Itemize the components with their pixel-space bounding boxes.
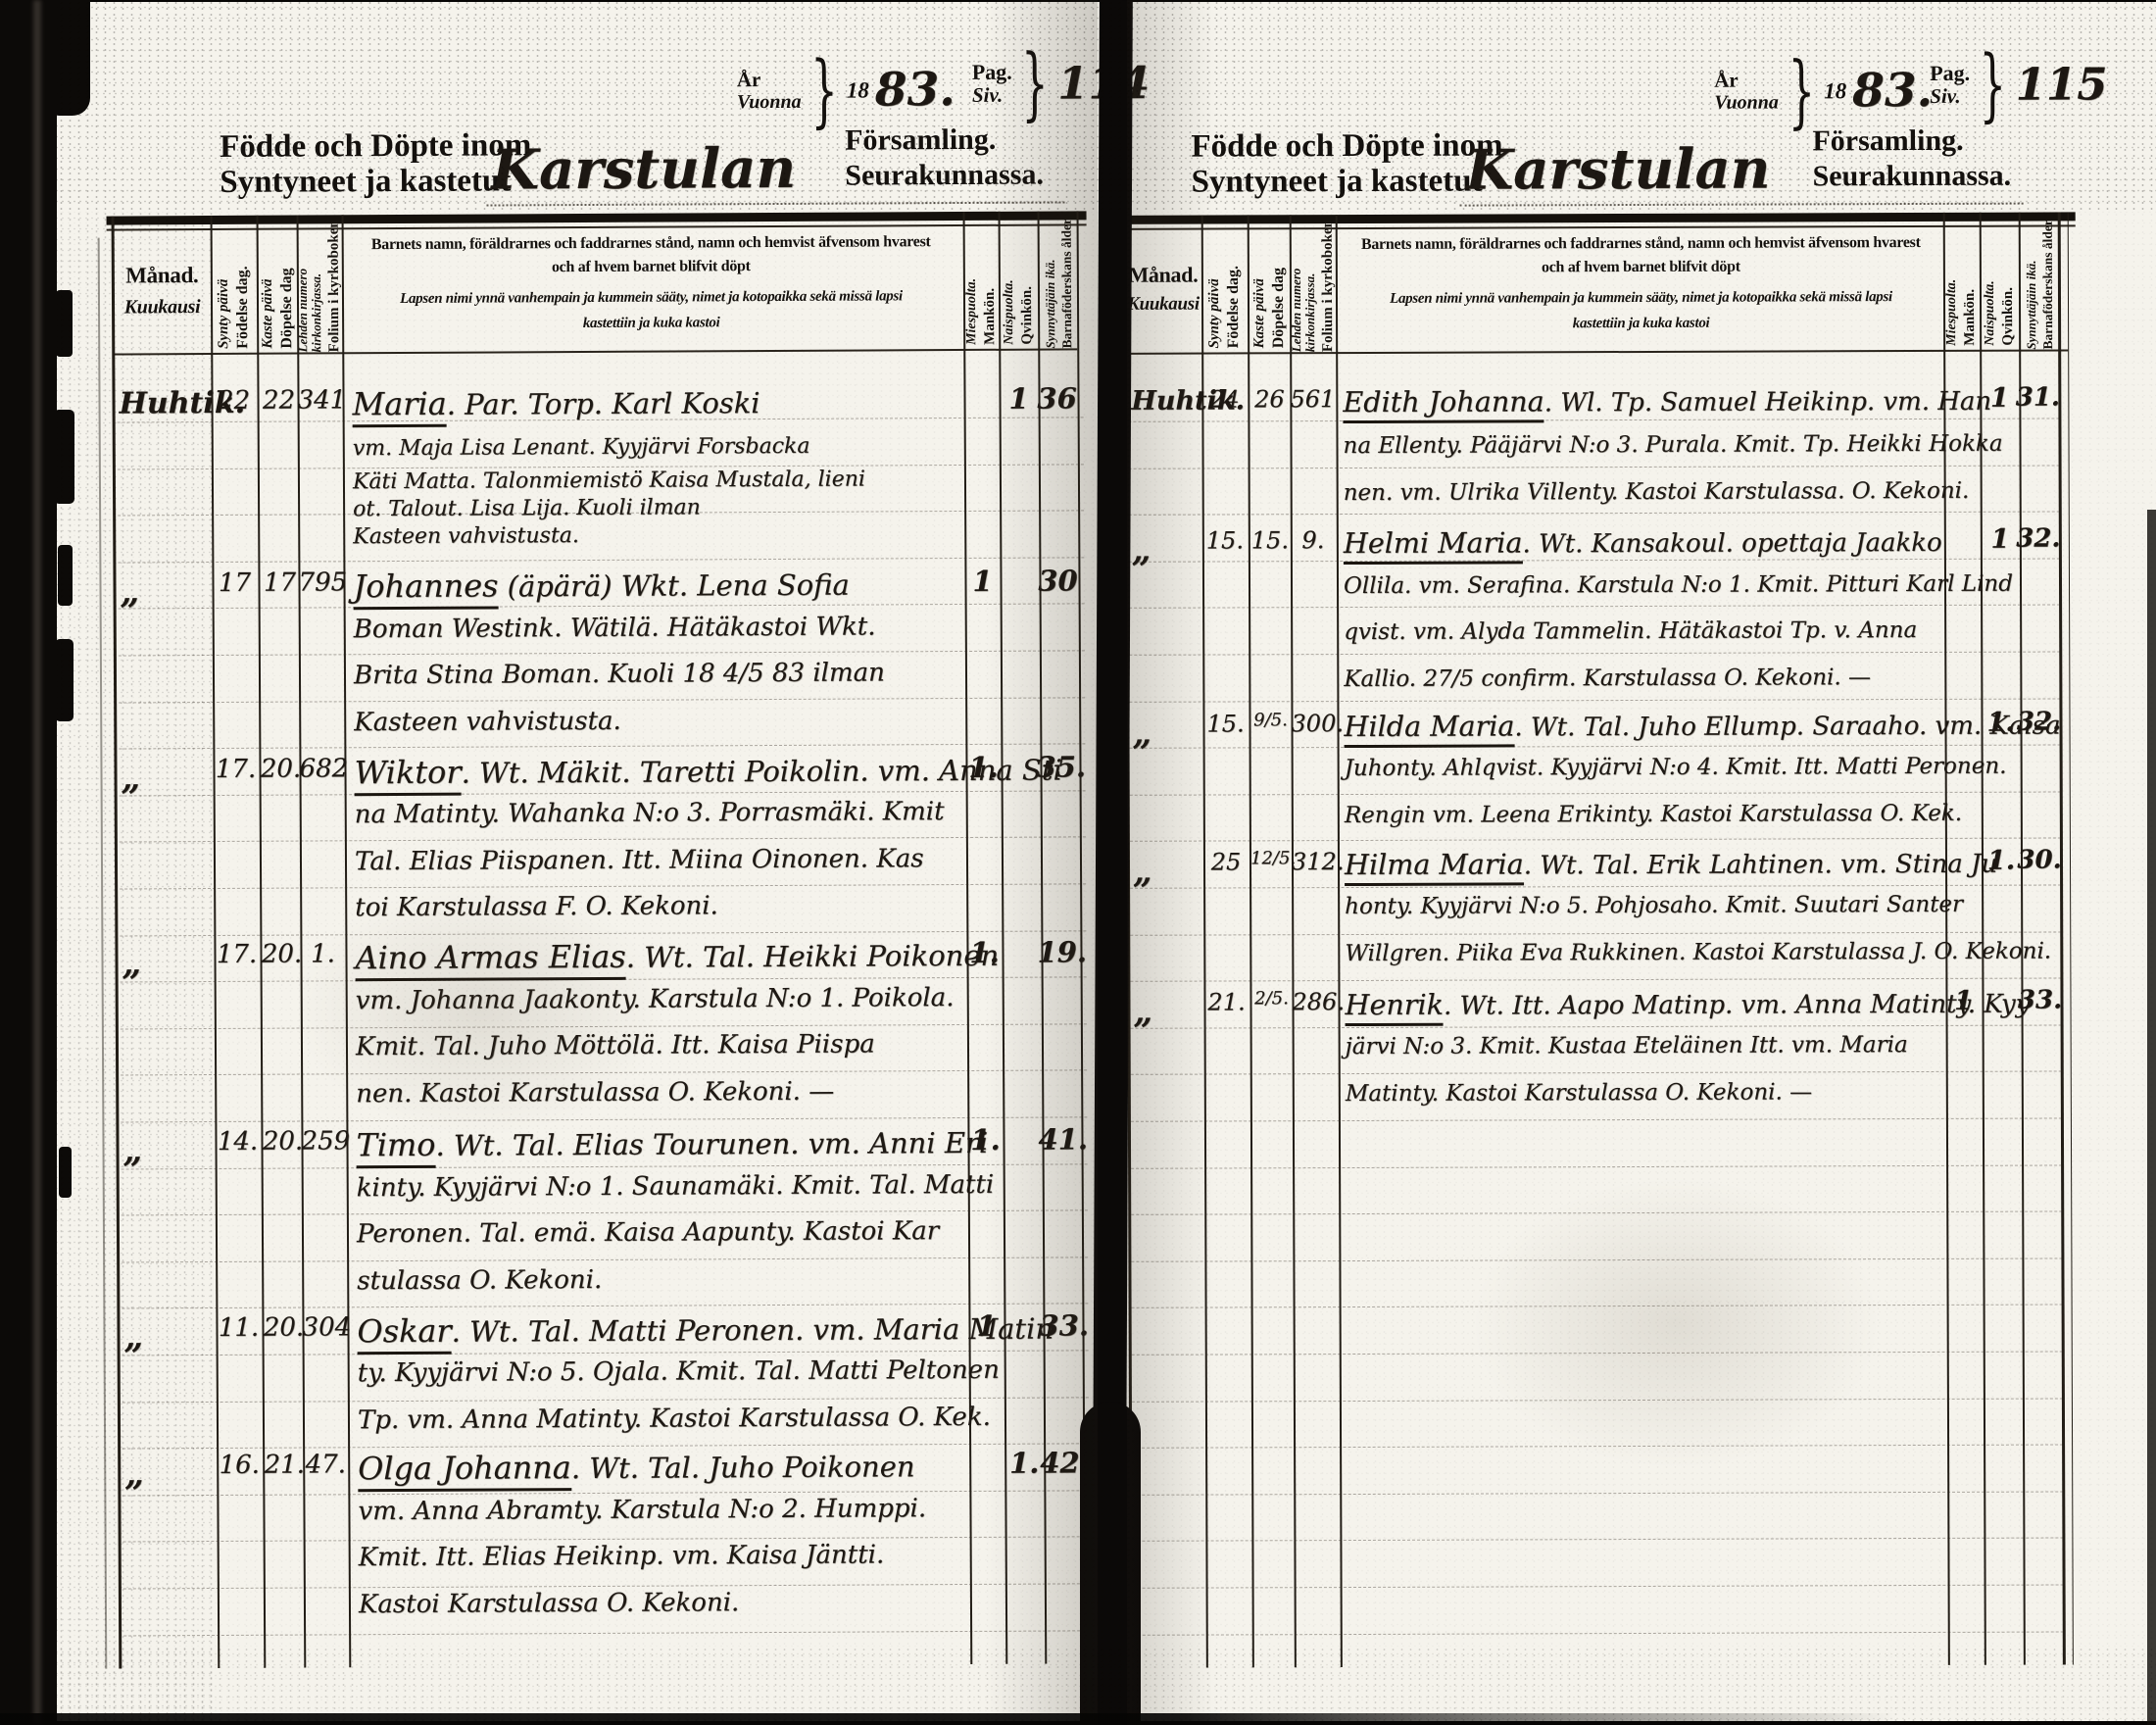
- ruled-line: [1129, 512, 2060, 516]
- folio-cell: 9.: [1291, 526, 1336, 554]
- col-header-main-fi1: Lapsen nimi ynnä vanhempain ja kummein s…: [1339, 289, 1943, 308]
- col-header-female-sv: Qvinkön.: [2000, 228, 2017, 346]
- pag-label-sv: Pag.: [1930, 62, 1970, 85]
- ruled-line: [1130, 838, 2061, 842]
- sex-tally-cell: 1.: [1981, 708, 2020, 738]
- folio-cell: 312.: [1292, 848, 1337, 875]
- col-header-baptism-date-fi: Kaste päivä: [1251, 230, 1268, 348]
- birth-date-cell: 15.: [1202, 526, 1248, 554]
- binding-edge: [0, 0, 57, 1725]
- folio-cell: 561: [1290, 385, 1335, 413]
- baptism-date-cell: 26: [1249, 385, 1290, 413]
- baptism-date-cell: 15.: [1249, 526, 1291, 554]
- column-line: [1248, 215, 1254, 1667]
- col-header-female-fi: Naispuolta.: [1983, 228, 1998, 346]
- col-header-birth-date-sv: Födelse dag.: [1225, 230, 1243, 348]
- year-printed-prefix: 18: [1824, 78, 1846, 104]
- register-title-fi: Syntyneet ja kastetut: [1192, 166, 1483, 199]
- child-name: Henrik: [1345, 988, 1444, 1026]
- ruled-line: [1131, 1071, 2062, 1075]
- col-header-male-sv: Mankön.: [1962, 228, 1979, 346]
- column-line: [1201, 216, 1208, 1668]
- page-number-handwritten: 115: [2015, 58, 2107, 110]
- col-header-birth-date-fi: Synty päivä: [1206, 230, 1223, 348]
- entry-line: honty. Kyyjärvi N:o 5. Pohjosaho. Kmit. …: [1345, 892, 1963, 919]
- entry-first-line-rest: . Wt. Tal. Erik Lahtinen. vm. Stina Ju: [1524, 850, 1998, 881]
- ruled-line: [1130, 884, 2061, 888]
- entry-line: järvi N:o 3. Kmit. Kustaa Eteläinen Itt.…: [1346, 1032, 1908, 1060]
- col-header-month-fi: Kuukausi: [1125, 294, 1201, 316]
- birth-date-cell: 15.: [1202, 710, 1248, 737]
- scan-artifact: [54, 410, 74, 504]
- ruled-line: [1133, 1584, 2064, 1588]
- mother-age-cell: 32.: [2016, 707, 2061, 736]
- sex-tally-cell: 1.: [1982, 846, 2021, 876]
- sex-tally-cell: 1: [1980, 383, 2019, 414]
- col-header-male-fi: Miespuolta.: [1944, 228, 1960, 346]
- col-header-female: Naispuolta. Qvinkön.: [1980, 228, 2019, 346]
- ruled-line: [1131, 1024, 2062, 1028]
- entry-first-line-rest: . Wl. Tp. Samuel Heikinp. vm. Han: [1544, 387, 1992, 419]
- table-top-rule: [1119, 212, 2076, 223]
- fill-in-line: [1460, 203, 2024, 207]
- entry-first-line: Edith Johanna. Wl. Tp. Samuel Heikinp. v…: [1343, 383, 1991, 419]
- header-bottom-rule: [1125, 349, 2068, 354]
- col-header-baptism-date: Kaste päivä Döpelse dag: [1248, 230, 1292, 348]
- col-header-folio-fi: Lehden numero kirkonkirjassa.: [1290, 203, 1318, 352]
- entry-first-line: Hilda Maria. Wt. Tal. Juho Ellump. Saraa…: [1344, 707, 2060, 743]
- month-cell: „: [1132, 715, 1151, 754]
- ruled-line: [1129, 605, 2060, 609]
- ruled-line: [1129, 465, 2060, 468]
- column-line: [1290, 215, 1297, 1667]
- entry-line: Kallio. 27/5 confirm. Karstulassa O. Kek…: [1344, 665, 1871, 692]
- baptism-date-cell: 9/5.: [1249, 710, 1291, 730]
- col-header-main-sv2: och af hvem barnet blifvit döpt: [1339, 258, 1943, 277]
- year-block: År Vuonna } 18 83.: [1714, 60, 1933, 123]
- entry-line: nen. vm. Ulrika Villenty. Kastoi Karstul…: [1344, 478, 1970, 506]
- birth-date-cell: 21.: [1203, 988, 1249, 1015]
- column-line: [1336, 215, 1343, 1667]
- col-header-folio-sv: Folium i kyrkoboken: [1320, 203, 1337, 352]
- column-line: [2068, 212, 2074, 1664]
- birth-date-cell: 24: [1201, 385, 1247, 413]
- col-header-folio: Lehden numero kirkonkirjassa. Folium i k…: [1290, 203, 1337, 352]
- scan-edge-bottom: [0, 1713, 2156, 1725]
- parish-label-sv: Församling.: [1812, 126, 1963, 157]
- scan-artifact: [56, 290, 73, 357]
- pag-label-fi: Siv.: [1930, 85, 1970, 108]
- year-label-sv: År: [1714, 69, 1779, 91]
- col-header-male: Miespuolta. Mankön.: [1943, 228, 1980, 346]
- folio-cell: 300.: [1291, 710, 1336, 737]
- scan-artifact: [55, 0, 90, 116]
- child-name: Helmi Maria: [1344, 525, 1523, 565]
- ruled-line: [1131, 1164, 2062, 1168]
- mother-age-cell: 31.: [2015, 382, 2060, 412]
- child-name: Hilda Maria: [1344, 709, 1514, 748]
- register-title-sv: Födde och Döpte inom: [1191, 129, 1502, 163]
- page-right: År Vuonna } 18 83. Pag. Siv. } 115 Födde…: [0, 0, 2156, 1725]
- col-header-mother-age: Synnyttäjäin ikä. Barnaföderskans ålder.: [2019, 196, 2063, 349]
- scan-artifact: [59, 1147, 72, 1198]
- baptism-date-cell: 2/5.: [1250, 988, 1292, 1009]
- scan-artifact: [58, 545, 73, 606]
- ruled-line: [1129, 698, 2060, 702]
- ruled-line: [1130, 931, 2061, 935]
- col-header-mother-age-fi: Synnyttäjäin ikä.: [2025, 197, 2039, 350]
- entry-first-line: Henrik. Wt. Itt. Aapo Matinp. vm. Anna M…: [1345, 986, 2030, 1021]
- scanned-parish-register-spread: År Vuonna } 18 83. Pag. Siv. } 114 Födde…: [0, 0, 2156, 1725]
- binding-highlight: [33, 0, 41, 1725]
- ruled-line: [1130, 745, 2061, 749]
- col-header-main-sv1: Barnets namn, föräldrarnes och faddrarne…: [1339, 234, 1943, 254]
- ruled-line: [1133, 1631, 2064, 1635]
- brace-glyph: }: [1979, 38, 2006, 131]
- ruled-line: [1131, 1117, 2062, 1121]
- sex-tally-cell: 1: [1945, 986, 1981, 1016]
- col-header-main-fi2: kastettiin ja kuka kastoi: [1339, 315, 1943, 333]
- month-cell: „: [1132, 531, 1151, 570]
- parish-name-handwritten: Karstulan: [1465, 137, 1770, 203]
- child-name: Edith Johanna: [1343, 384, 1543, 423]
- ruled-line: [1130, 978, 2061, 982]
- month-cell: „: [1133, 993, 1152, 1032]
- entry-line: Rengin vm. Leena Erikinty. Kastoi Karstu…: [1345, 801, 1962, 828]
- col-header-mother-age-sv: Barnaföderskans ålder.: [2041, 197, 2056, 350]
- entry-line: qvist. vm. Alyda Tammelin. Hätäkastoi Tp…: [1344, 617, 1917, 645]
- entry-first-line-rest: . Wt. Itt. Aapo Matinp. vm. Anna Matinty…: [1444, 990, 2031, 1021]
- mother-age-cell: 33.: [2017, 985, 2062, 1014]
- scan-artifact: [55, 639, 73, 721]
- baptism-date-cell: 12/5.: [1250, 848, 1292, 868]
- entry-line: na Ellenty. Pääjärvi N:o 3. Purala. Kmit…: [1343, 431, 2002, 459]
- entry-line: Ollila. vm. Serafina. Karstula N:o 1. Km…: [1344, 571, 2013, 599]
- table-top-rule-inner: [1119, 224, 2076, 229]
- col-header-baptism-date-sv: Döpelse dag: [1270, 230, 1288, 348]
- entry-first-line: Hilma Maria. Wt. Tal. Erik Lahtinen. vm.…: [1345, 846, 1997, 881]
- parish-label-fi: Seurakunnassa.: [1813, 162, 2012, 192]
- entry-line: Willgren. Piika Eva Rukkinen. Kastoi Kar…: [1345, 939, 2051, 967]
- year-label-fi: Vuonna: [1714, 92, 1779, 114]
- paper-stain: [294, 882, 666, 1137]
- ruled-line: [1132, 1538, 2063, 1542]
- ruled-line: [1128, 418, 2059, 421]
- mother-age-cell: 32.: [2016, 523, 2061, 553]
- folio-cell: 286.: [1292, 988, 1337, 1015]
- paper-stain: [1470, 1176, 1882, 1470]
- entry-line: Matinty. Kastoi Karstulassa O. Kekoni. —: [1346, 1079, 1812, 1107]
- entry-line: Juhonty. Ahlqvist. Kyyjärvi N:o 4. Kmit.…: [1345, 754, 2007, 781]
- entry-first-line-rest: . Wt. Tal. Juho Ellump. Saraaho. vm. Kai…: [1514, 711, 2060, 742]
- col-header-birth-date: Synty päivä Födelse dag.: [1201, 230, 1248, 348]
- ruled-line: [1129, 651, 2060, 655]
- entry-first-line-rest: . Wt. Kansakoul. opettaja Jaakko: [1522, 528, 1941, 559]
- mother-age-cell: 30.: [2017, 845, 2062, 874]
- child-name: Hilma Maria: [1345, 847, 1524, 886]
- ruled-line: [1132, 1491, 2063, 1495]
- month-cell: „: [1133, 853, 1152, 892]
- column-line: [2058, 212, 2066, 1664]
- scan-edge-right: [2147, 510, 2156, 1725]
- entry-first-line: Helmi Maria. Wt. Kansakoul. opettaja Jaa…: [1344, 524, 1942, 560]
- year-handwritten: 83.: [1852, 64, 1933, 118]
- col-header-month-sv: Månad.: [1125, 263, 1201, 288]
- birth-date-cell: 25: [1203, 848, 1249, 875]
- page-number-block: Pag. Siv. } 115: [1930, 53, 2107, 116]
- sex-tally-cell: 1: [1981, 524, 2020, 555]
- ruled-line: [1130, 791, 2061, 795]
- page-gutter-flare: [1080, 1402, 1141, 1725]
- brace-glyph: }: [1788, 45, 1815, 138]
